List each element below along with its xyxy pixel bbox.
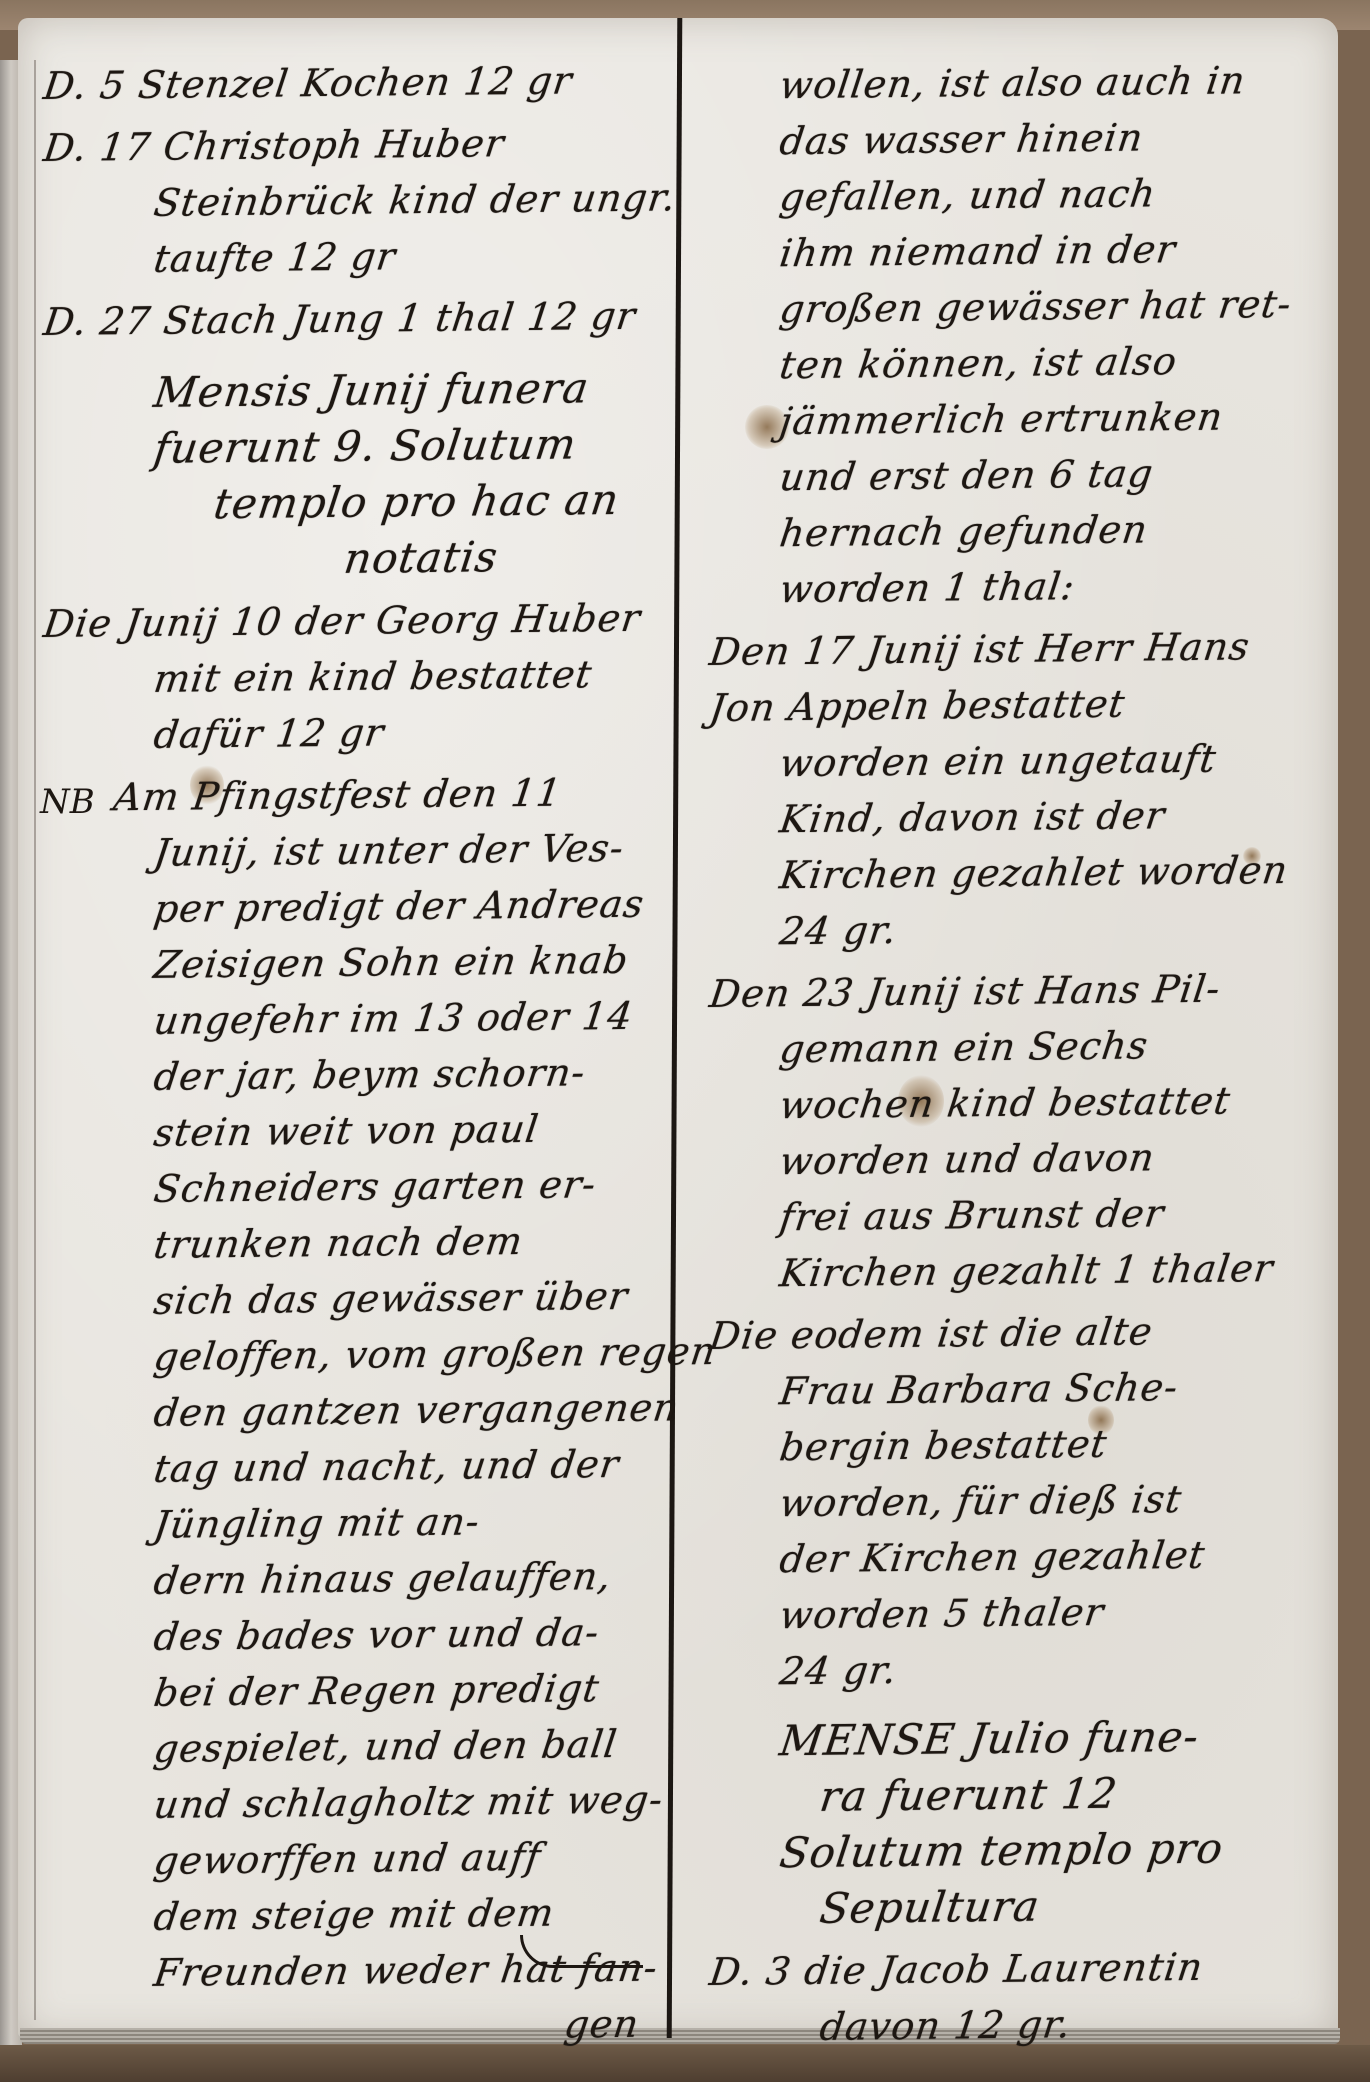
heading-line: fuerunt 9. Solutum <box>40 416 668 478</box>
entry-line: D. 17 Christoph Huber <box>40 114 668 176</box>
entry-line: großen gewässer hat ret- <box>706 276 1314 338</box>
entry-line: wollen, ist also auch in <box>706 52 1314 114</box>
entry-line: dern hinaus gelauffen, <box>40 1548 668 1610</box>
entry-line: 24 gr. <box>706 1638 1314 1700</box>
entry-line: den gantzen vergangenen <box>40 1380 668 1442</box>
register-entry: D. 5 Stenzel Kochen 12 gr <box>44 58 664 114</box>
left-column: D. 5 Stenzel Kochen 12 gr D. 17 Christop… <box>44 58 664 2064</box>
entry-line: Schneiders garten er- <box>40 1156 668 1218</box>
entry-line: ungefehr im 13 oder 14 <box>40 988 668 1050</box>
heading-line: templo pro hac an <box>40 472 668 534</box>
entry-line: Steinbrück kind der ungr. <box>40 170 668 232</box>
entry-line: geloffen, vom großen regen <box>40 1324 668 1386</box>
register-entry: Den 23 Junij ist Hans Pil- gemann ein Se… <box>710 966 1310 1302</box>
entry-line: tag und nacht, und der <box>40 1436 668 1498</box>
entry-line: das wasser hinein <box>706 108 1314 170</box>
entry-line: wochen kind bestattet <box>706 1072 1314 1134</box>
entry-line: trunken nach dem <box>40 1212 668 1274</box>
closing-flourish <box>520 1935 643 1968</box>
entry-line: Frau Barbara Sche- <box>706 1358 1314 1420</box>
entry-line: bergin bestattet <box>706 1414 1314 1476</box>
heading-line: Mensis Junij funera <box>40 360 668 422</box>
entry-line: D. 5 Stenzel Kochen 12 gr <box>40 52 668 114</box>
entry-line: jämmerlich ertrunken <box>706 388 1314 450</box>
margin-rule <box>34 60 36 2020</box>
entry-line: stein weit von paul <box>40 1100 668 1162</box>
entry-line: frei aus Brunst der <box>706 1184 1314 1246</box>
entry-line: D. 27 Stach Jung 1 thal 12 gr <box>40 288 668 350</box>
entry-line: Den 17 Junij ist Herr Hans <box>706 618 1314 680</box>
entry-line: mit ein kind bestattet <box>40 646 668 708</box>
register-entry: Die Junij 10 der Georg Huber mit ein kin… <box>44 596 664 764</box>
entry-line: Jon Appeln bestattet <box>706 674 1314 736</box>
entry-line: worden ein ungetauft <box>706 730 1314 792</box>
entry-line: dafür 12 gr <box>40 702 668 764</box>
entry-line: Jüngling mit an- <box>40 1492 668 1554</box>
entry-line: Kirchen gezahlet worden <box>706 842 1314 904</box>
entry-line: worden 5 thaler <box>706 1582 1314 1644</box>
register-entry: Den 17 Junij ist Herr Hans Jon Appeln be… <box>710 624 1310 960</box>
entry-line: geworffen und auff <box>40 1828 668 1890</box>
section-heading: Mensis Junij funera fuerunt 9. Solutum t… <box>44 366 664 590</box>
entry-line: Kirchen gezahlt 1 thaler <box>706 1240 1314 1302</box>
entry-line: und erst den 6 tag <box>706 444 1314 506</box>
entry-line: taufte 12 gr <box>40 226 668 288</box>
register-entry: D. 3 die Jacob Laurentin davon 12 gr. <box>710 1944 1310 2056</box>
register-entry-continued: wollen, ist also auch in das wasser hine… <box>710 58 1310 618</box>
entry-line: bei der Regen predigt <box>40 1660 668 1722</box>
entry-line: worden 1 thal: <box>706 556 1314 618</box>
heading-line: ra fuerunt 12 <box>706 1764 1314 1826</box>
heading-line: notatis <box>40 528 668 590</box>
entry-line: der jar, beym schorn- <box>40 1044 668 1106</box>
entry-line: Die eodem ist die alte <box>706 1302 1314 1364</box>
entry-line: Kind, davon ist der <box>706 786 1314 848</box>
entry-line: ihm niemand in der <box>706 220 1314 282</box>
entry-line: Am Pfingstfest den 11 <box>40 764 668 826</box>
entry-line: per predigt der Andreas <box>40 876 668 938</box>
entry-line: gefallen, und nach <box>706 164 1314 226</box>
heading-line: Solutum templo pro <box>706 1820 1314 1882</box>
entry-line: ten können, ist also <box>706 332 1314 394</box>
register-entry: D. 27 Stach Jung 1 thal 12 gr <box>44 294 664 350</box>
entry-line: Junij, ist unter der Ves- <box>40 820 668 882</box>
register-entry: Die eodem ist die alte Frau Barbara Sche… <box>710 1308 1310 1700</box>
entry-line: worden, für dieß ist <box>706 1470 1314 1532</box>
entry-line: Den 23 Junij ist Hans Pil- <box>706 960 1314 1022</box>
entry-line: 24 gr. <box>706 898 1314 960</box>
entry-line: und schlagholtz mit weg- <box>40 1772 668 1834</box>
entry-line: sich das gewässer über <box>40 1268 668 1330</box>
entry-line: D. 3 die Jacob Laurentin <box>706 1938 1314 2000</box>
right-column: wollen, ist also auch in das wasser hine… <box>710 58 1310 2062</box>
heading-line: MENSE Julio fune- <box>706 1708 1314 1770</box>
entry-line: worden und davon <box>706 1128 1314 1190</box>
entry-line: der Kirchen gezahlet <box>706 1526 1314 1588</box>
register-entry-drowning: Am Pfingstfest den 11 Junij, ist unter d… <box>44 770 664 2058</box>
entry-line: Die Junij 10 der Georg Huber <box>40 590 668 652</box>
entry-line: gespielet, und den ball <box>40 1716 668 1778</box>
entry-line: davon 12 gr. <box>706 1994 1314 2056</box>
entry-line: hernach gefunden <box>706 500 1314 562</box>
entry-line: des bades vor und da- <box>40 1604 668 1666</box>
entry-line: Zeisigen Sohn ein knab <box>40 932 668 994</box>
heading-line: Sepultura <box>706 1876 1314 1938</box>
section-heading: MENSE Julio fune- ra fuerunt 12 Solutum … <box>710 1714 1310 1938</box>
entry-line: gen <box>40 1996 668 2058</box>
entry-line: gemann ein Sechs <box>706 1016 1314 1078</box>
register-entry: D. 17 Christoph Huber Steinbrück kind de… <box>44 120 664 288</box>
